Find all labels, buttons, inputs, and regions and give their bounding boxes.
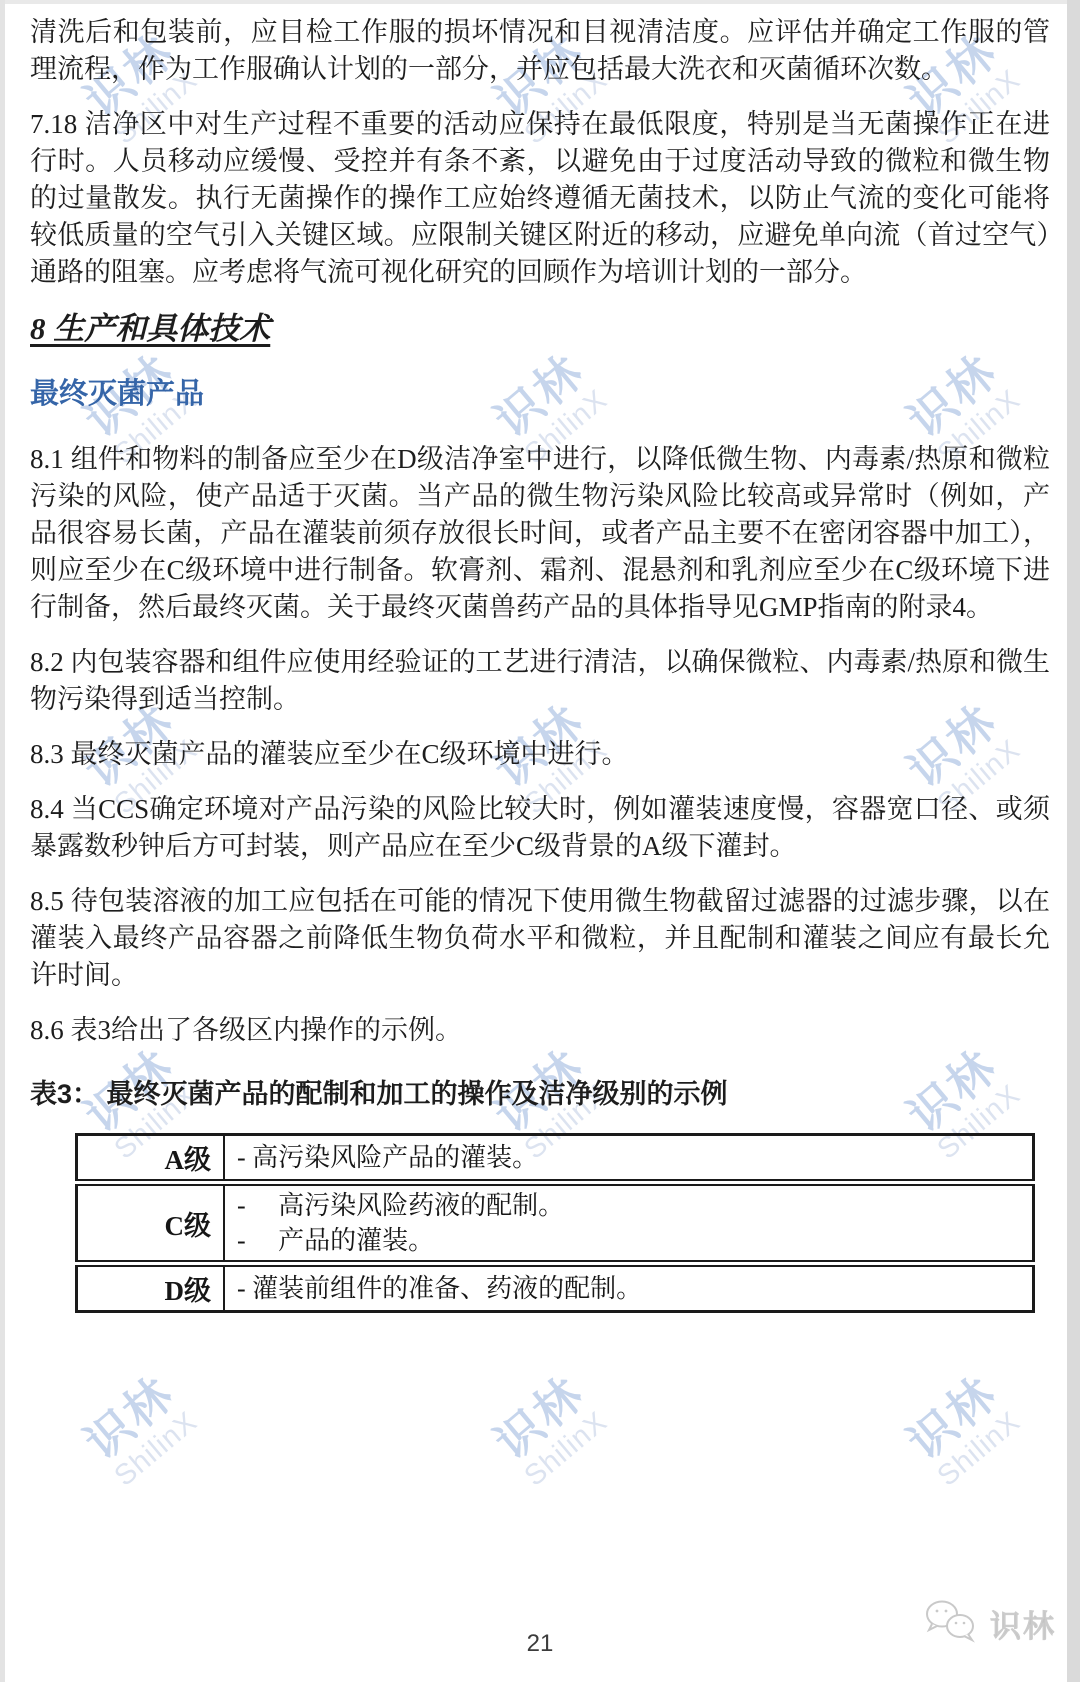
grade-a-operations-cell: - 高污染风险产品的灌装。 bbox=[224, 1135, 1034, 1183]
subheading-terminally-sterilized-products: 最终灭菌产品 bbox=[30, 375, 1050, 413]
document-page: { "document": { "para_intro": "清洗后和包装前，应… bbox=[0, 0, 1080, 1682]
watermark-en-text: ShilinX bbox=[491, 1383, 641, 1515]
watermark-cn-text: 识林 bbox=[49, 1345, 210, 1491]
paragraph-8-2: 8.2 内包装容器和组件应使用经验证的工艺进行清洁，以确保微粒、内毒素/热原和微… bbox=[30, 644, 1050, 718]
operation-item: - 灌装前组件的准备、药液的配制。 bbox=[237, 1271, 1022, 1306]
paragraph-8-4: 8.4 当CCS确定环境对产品污染的风险比较大时，例如灌装速度慢，容器宽口径、或… bbox=[30, 791, 1050, 865]
section-heading-8: 8 生产和具体技术 bbox=[30, 309, 1050, 349]
paragraph-8-1: 8.1 组件和物料的制备应至少在D级洁净室中进行，以降低微生物、内毒素/热原和微… bbox=[30, 441, 1050, 626]
grade-c-cell: C级 bbox=[77, 1183, 225, 1264]
watermark-en-text: ShilinX bbox=[904, 1383, 1054, 1515]
table-row-grade-c: C级 - 高污染风险药液的配制。 - 产品的灌装。 bbox=[77, 1183, 1034, 1264]
grade-d-operations-cell: - 灌装前组件的准备、药液的配制。 bbox=[224, 1264, 1034, 1312]
paragraph-intro: 清洗后和包装前，应目检工作服的损坏情况和目视清洁度。应评估并确定工作服的管理流程… bbox=[30, 14, 1050, 88]
watermark: 识林ShilinX bbox=[49, 1345, 231, 1516]
paragraph-8-3: 8.3 最终灭菌产品的灌装应至少在C级环境中进行。 bbox=[30, 736, 1050, 773]
table-row-grade-d: D级 - 灌装前组件的准备、药液的配制。 bbox=[77, 1264, 1034, 1312]
table-3-grade-examples: A级 - 高污染风险产品的灌装。 C级 - 高污染风险药液的配制。 - 产品的灌… bbox=[75, 1133, 1035, 1313]
paragraph-8-6: 8.6 表3给出了各级区内操作的示例。 bbox=[30, 1012, 1050, 1049]
table-3-title: 表3： 最终灭菌产品的配制和加工的操作及洁净级别的示例 bbox=[30, 1075, 1050, 1113]
operation-item: - 产品的灌装。 bbox=[237, 1223, 1022, 1258]
paragraph-8-5: 8.5 待包装溶液的加工应包括在可能的情况下使用微生物截留过滤器的过滤步骤，以在… bbox=[30, 883, 1050, 994]
operation-item: - 高污染风险产品的灌装。 bbox=[237, 1140, 1022, 1175]
grade-c-operations-cell: - 高污染风险药液的配制。 - 产品的灌装。 bbox=[224, 1183, 1034, 1264]
paragraph-7-18: 7.18 洁净区中对生产过程不重要的活动应保持在最低限度，特别是当无菌操作正在进… bbox=[30, 106, 1050, 291]
operation-item: - 高污染风险药液的配制。 bbox=[237, 1188, 1022, 1223]
page-edge-top bbox=[0, 0, 1080, 4]
watermark: 识林ShilinX bbox=[459, 1345, 641, 1516]
watermark: 识林ShilinX bbox=[872, 1345, 1054, 1516]
watermark-en-text: ShilinX bbox=[81, 1383, 231, 1515]
page-number: 21 bbox=[0, 1630, 1080, 1658]
table-row-grade-a: A级 - 高污染风险产品的灌装。 bbox=[77, 1135, 1034, 1183]
grade-d-cell: D级 bbox=[77, 1264, 225, 1312]
page-edge-right bbox=[1067, 0, 1080, 1682]
grade-a-cell: A级 bbox=[77, 1135, 225, 1183]
page-edge-left bbox=[0, 0, 5, 1682]
watermark-cn-text: 识林 bbox=[872, 1345, 1033, 1491]
document-content: 清洗后和包装前，应目检工作服的损坏情况和目视清洁度。应评估并确定工作服的管理流程… bbox=[0, 0, 1080, 1313]
watermark-cn-text: 识林 bbox=[459, 1345, 620, 1491]
